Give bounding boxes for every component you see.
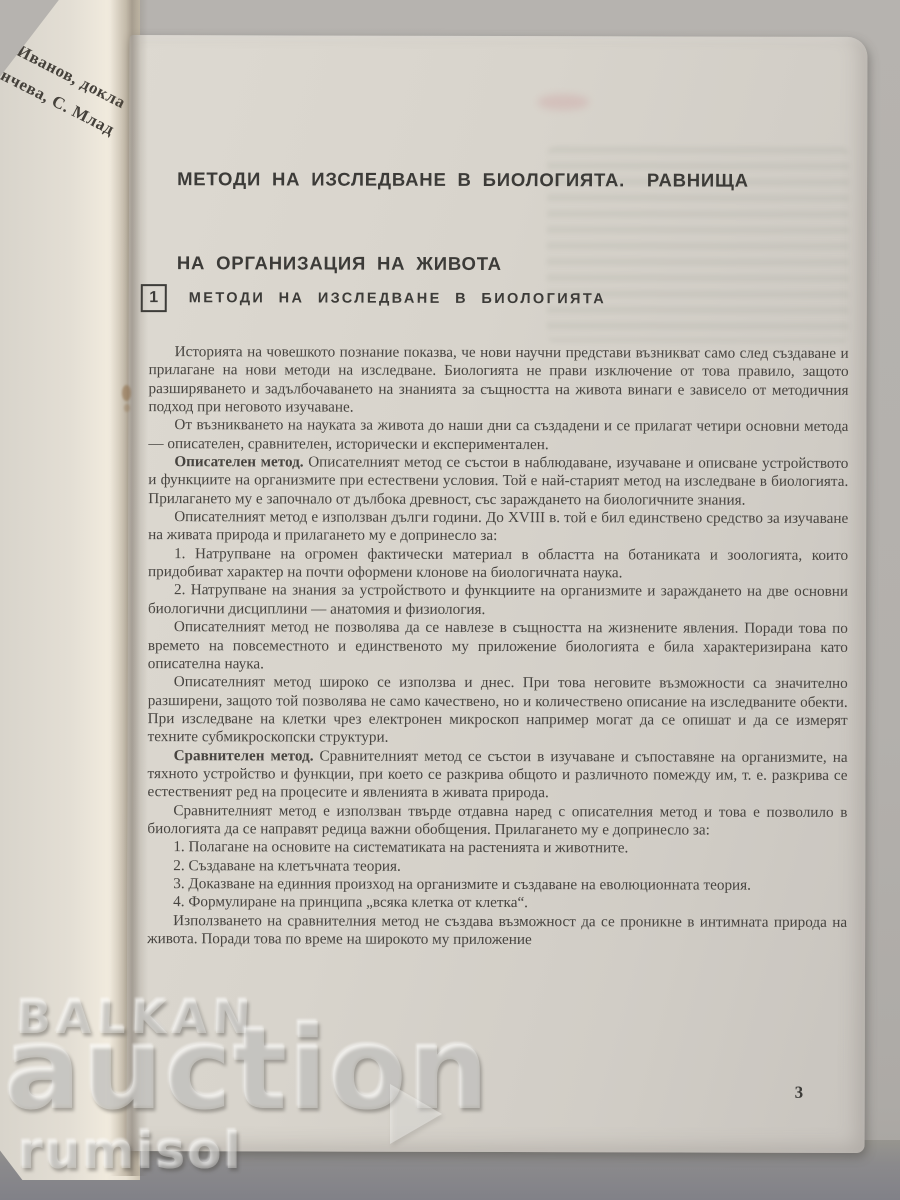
paper-smudge	[537, 94, 589, 110]
paragraph-lead: Описателен метод.	[174, 453, 308, 470]
paragraph: 2. Създаване на клетъчната теория.	[147, 857, 847, 877]
paragraph: Описателен метод. Описателният метод се …	[148, 453, 848, 510]
section-number-box: 1	[141, 284, 167, 312]
paper-stain-small	[124, 404, 130, 412]
paragraph: 3. Доказване на единния произход на орга…	[147, 875, 847, 895]
paper-stain	[122, 385, 131, 401]
section-heading: МЕТОДИ НА ИЗСЛЕДВАНЕ В БИОЛОГИЯТА	[189, 290, 606, 307]
paragraph: Сравнителният метод е използван твърде о…	[147, 802, 847, 841]
paragraph: Сравнителен метод. Сравнителният метод с…	[147, 747, 847, 804]
body-text: Историята на човешкото познание показва,…	[147, 343, 849, 950]
chapter-title-line1: МЕТОДИ НА ИЗСЛЕДВАНЕ В БИОЛОГИЯТА. РАВНИ…	[177, 165, 817, 195]
paragraph: Описателният метод широко се използва и …	[148, 673, 848, 748]
chapter-title-line2: НА ОРГАНИЗАЦИЯ НА ЖИВОТА	[177, 249, 817, 279]
book-page: МЕТОДИ НА ИЗСЛЕДВАНЕ В БИОЛОГИЯТА. РАВНИ…	[127, 35, 868, 1153]
previous-page-edge: И. Иванов, докла Бенчева, С. Млад	[0, 0, 140, 1180]
section-heading-row: 1 МЕТОДИ НА ИЗСЛЕДВАНЕ В БИОЛОГИЯТА	[141, 284, 606, 313]
paragraph: Описателният метод е използван дълги год…	[148, 508, 848, 547]
paragraph: Историята на човешкото познание показва,…	[148, 343, 848, 418]
paragraph: Описателният метод не позволява да се на…	[148, 618, 848, 675]
paragraph: 1. Натрупване на огромен фактически мате…	[148, 545, 848, 584]
paragraph: 1. Полагане на основите на систематиката…	[147, 838, 847, 858]
paragraph: 4. Формулиране на принципа „всяка клетка…	[147, 893, 847, 913]
paragraph: Използването на сравнителния метод не съ…	[147, 912, 847, 951]
paragraph-lead: Сравнителен метод.	[174, 747, 320, 764]
page-number: 3	[795, 1083, 804, 1103]
paragraph: 2. Натрупване на знания за устройството …	[148, 582, 848, 621]
paragraph: От възникването на науката за живота до …	[148, 416, 848, 455]
